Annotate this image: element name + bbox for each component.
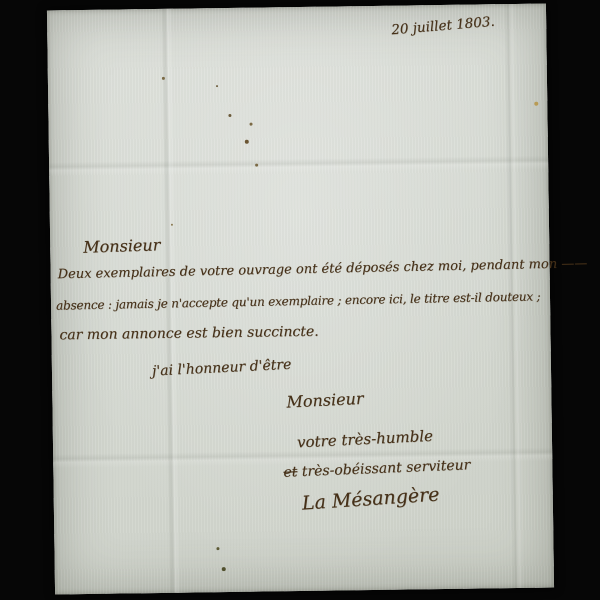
letter-body-line: absence : jamais je n'accepte qu'un exem… <box>56 289 541 312</box>
letter-salutation: Monsieur <box>83 235 161 256</box>
letter-signature: La Mésangère <box>301 483 440 514</box>
letter-closing-line: et très-obéissant serviteur <box>283 457 471 480</box>
letter-body-line: Deux exemplaires de votre ouvrage ont ét… <box>57 256 587 282</box>
letter-date: 20 juillet 1803. <box>391 14 496 39</box>
letter-closing-line: votre très-humble <box>297 427 434 452</box>
letter-body-line: car mon annonce est bien succincte. <box>59 324 318 344</box>
foxing-spot <box>245 140 249 144</box>
foxing-spot <box>255 164 258 167</box>
foxing-spot <box>534 102 538 106</box>
foxing-spot <box>216 85 218 87</box>
foxing-spot <box>228 114 231 117</box>
letter-paper: 20 juillet 1803. Monsieur Deux exemplair… <box>47 4 554 595</box>
struck-word: et <box>283 464 298 481</box>
closing-line-text: très-obéissant serviteur <box>297 457 471 480</box>
letter-valediction-address: Monsieur <box>286 389 364 412</box>
letter-photograph: 20 juillet 1803. Monsieur Deux exemplair… <box>0 0 600 600</box>
letter-valediction-intro: j'ai l'honneur d'être <box>152 357 292 380</box>
foxing-spot <box>162 77 165 80</box>
foxing-spot <box>171 224 173 226</box>
foxing-spot <box>222 567 226 571</box>
foxing-spot <box>250 123 253 126</box>
foxing-spot <box>216 547 219 550</box>
